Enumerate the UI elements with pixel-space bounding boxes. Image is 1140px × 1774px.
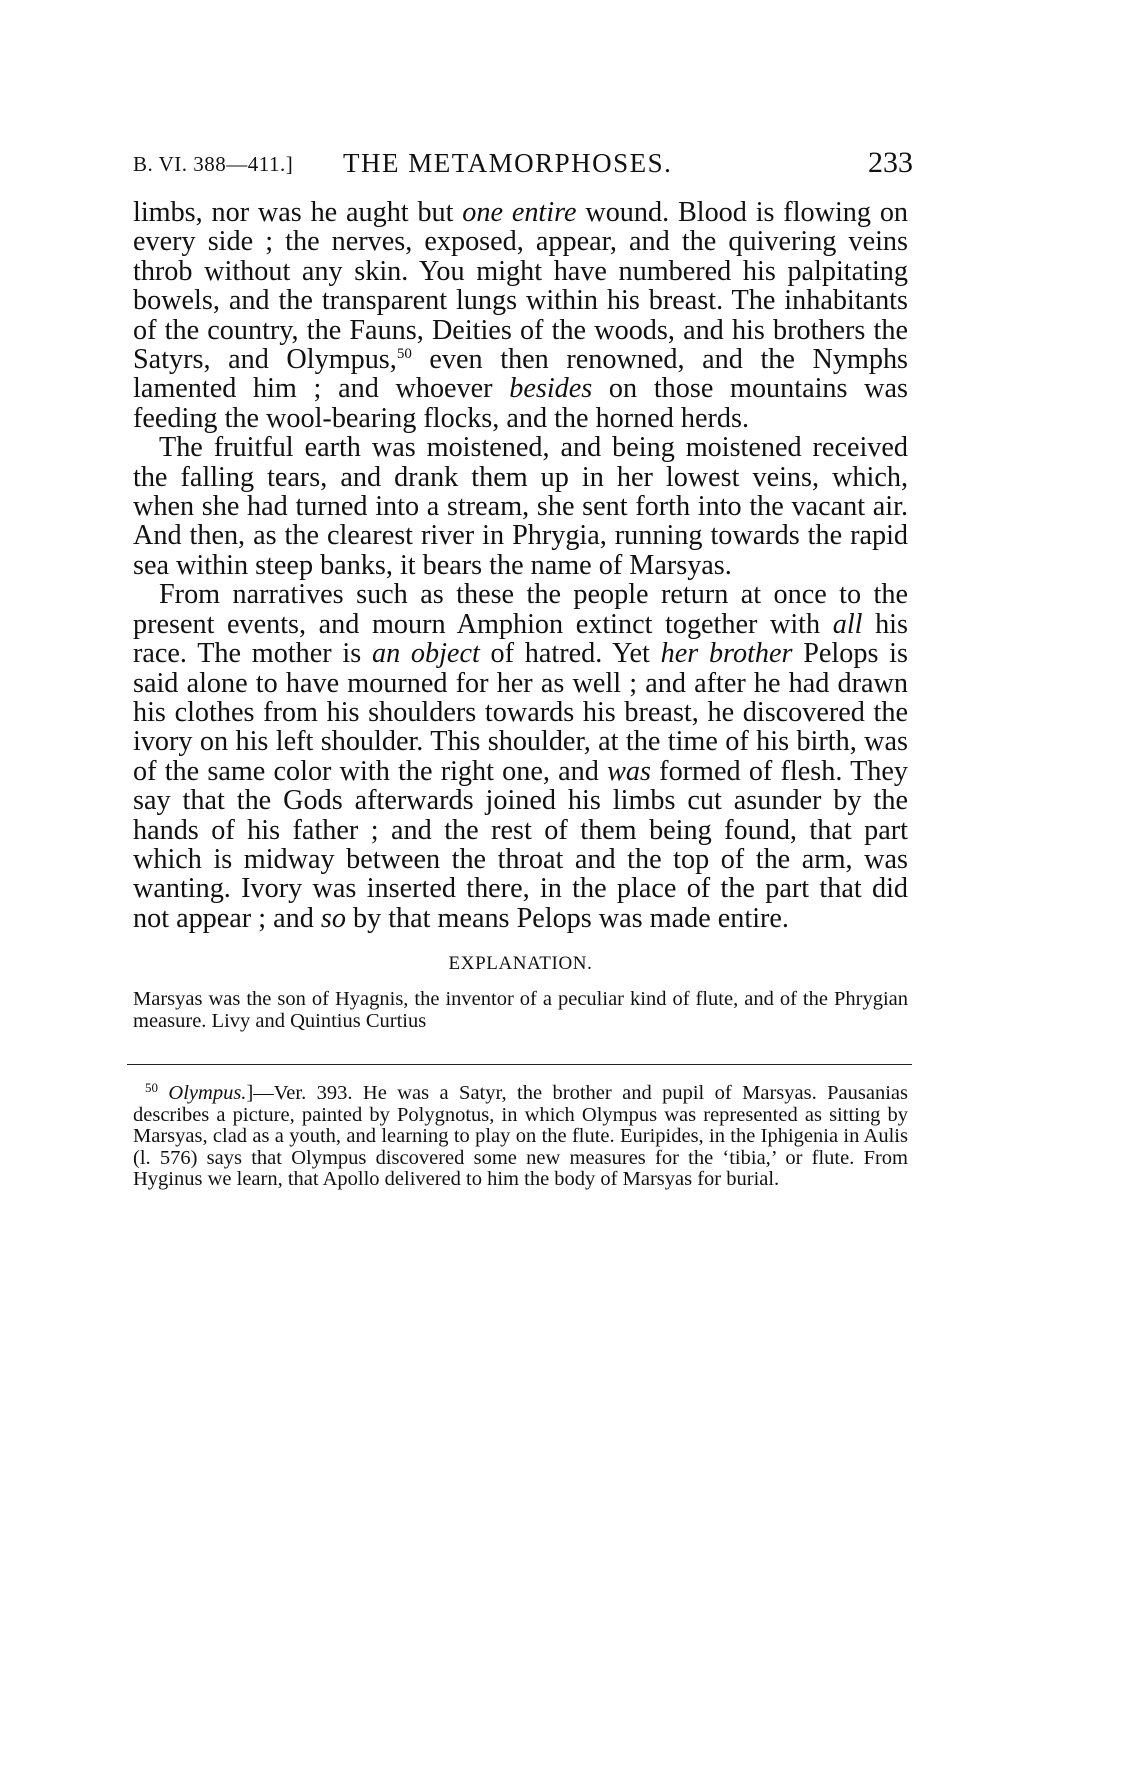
text-run: From narratives such as these the people… [133, 579, 908, 639]
text-run: by that means Pelops was made entire. [346, 903, 789, 934]
footnote-body: ]—Ver. 393. He was a Satyr, the brother … [133, 1082, 908, 1190]
main-text: limbs, nor was he aught but one entire w… [133, 198, 908, 933]
footnote-50: 50 Olympus.]—Ver. 393. He was a Satyr, t… [133, 1083, 908, 1191]
book-page: B. VI. 388—411.] THE METAMORPHOSES. 233 … [133, 140, 908, 1191]
footnote-number: 50 [133, 1080, 158, 1095]
paragraph-2: The fruitful earth was moistened, and be… [133, 433, 908, 580]
footnote-divider [127, 1064, 912, 1065]
italic-text: was [607, 756, 651, 787]
italic-text: one entire [462, 197, 576, 228]
footnote-paragraph: 50 Olympus.]—Ver. 393. He was a Satyr, t… [133, 1083, 908, 1191]
paragraph-3: From narratives such as these the people… [133, 580, 908, 933]
explanation-text: Marsyas was the son of Hyagnis, the inve… [133, 989, 908, 1032]
chapter-reference: B. VI. 388—411.] [133, 152, 293, 177]
italic-text: an object [372, 638, 480, 669]
footnote-lemma: Olympus. [168, 1082, 246, 1104]
text-run: The fruitful earth was moistened, and be… [133, 432, 908, 581]
running-header: B. VI. 388—411.] THE METAMORPHOSES. 233 [133, 140, 908, 190]
paragraph-1: limbs, nor was he aught but one entire w… [133, 198, 908, 433]
footnote-ref[interactable]: 50 [397, 346, 412, 362]
italic-text: so [321, 903, 346, 934]
running-title: THE METAMORPHOSES. [343, 148, 672, 179]
explanation-paragraph: Marsyas was the son of Hyagnis, the inve… [133, 989, 908, 1032]
text-run: limbs, nor was he aught but [133, 197, 462, 228]
italic-text: all [833, 609, 863, 640]
italic-text: her brother [661, 638, 793, 669]
text-run: of hatred. Yet [480, 638, 661, 669]
page-number: 233 [868, 146, 913, 180]
explanation-heading: EXPLANATION. [133, 953, 908, 975]
italic-text: besides [509, 373, 592, 404]
